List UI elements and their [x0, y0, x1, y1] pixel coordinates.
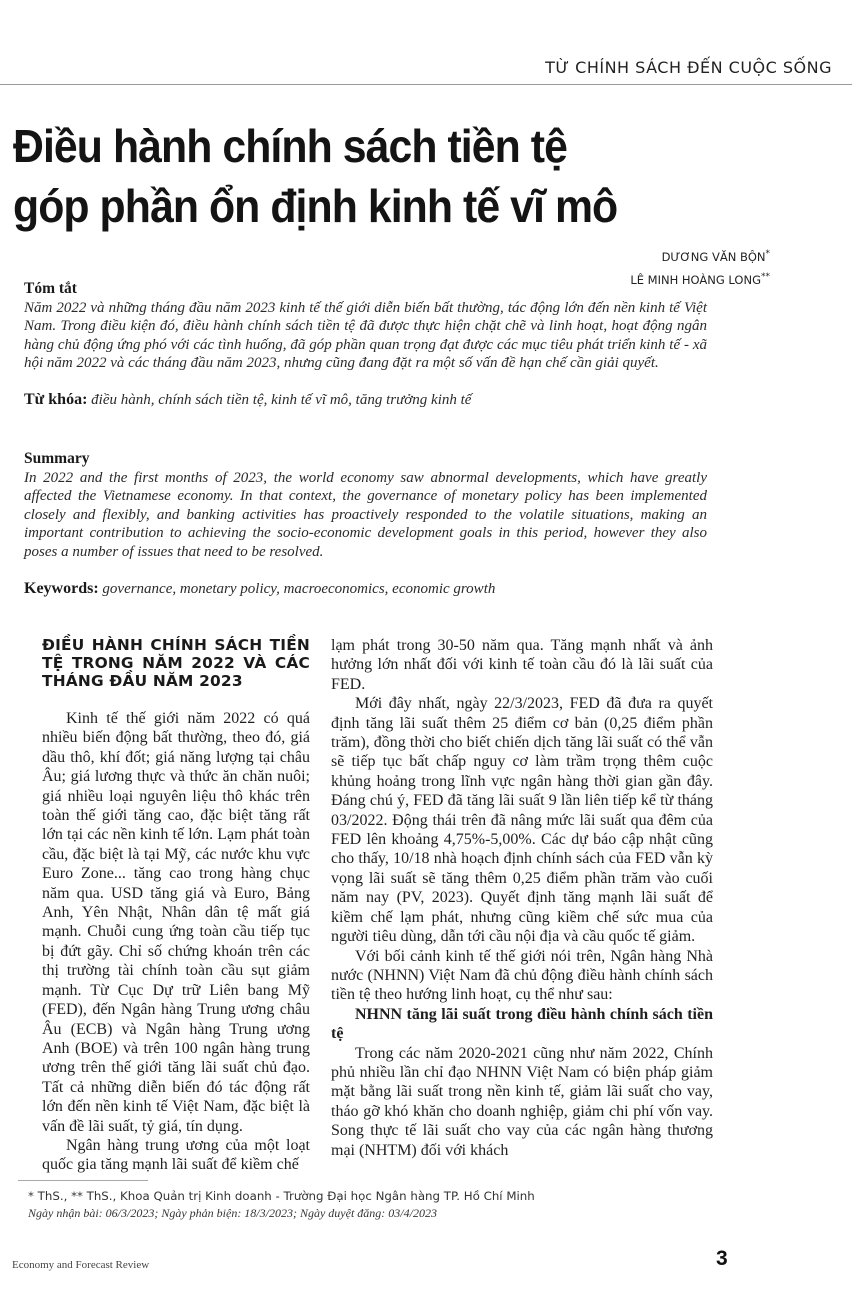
body-column-right: lạm phát trong 30-50 năm qua. Tăng mạnh …: [331, 636, 713, 1160]
keywords-label: Từ khóa:: [24, 391, 87, 408]
keywords-text-en: governance, monetary policy, macroeconom…: [102, 581, 495, 597]
page-number: 3: [716, 1247, 728, 1271]
abstract-body: Năm 2022 và những tháng đầu năm 2023 kin…: [24, 299, 707, 373]
paragraph-continuation: lạm phát trong 30-50 năm qua. Tăng mạnh …: [331, 636, 713, 694]
abstract-english: Summary In 2022 and the first months of …: [24, 450, 707, 598]
abstract-vietnamese: Tóm tắt Năm 2022 và những tháng đầu năm …: [24, 280, 707, 410]
submission-dates: Ngày nhận bài: 06/3/2023; Ngày phản biện…: [28, 1206, 437, 1221]
running-head-section: TỪ CHÍNH SÁCH ĐẾN CUỘC SỐNG: [545, 58, 832, 77]
keywords-text: điều hành, chính sách tiền tệ, kinh tế v…: [91, 392, 471, 408]
article-title: Điều hành chính sách tiền tệ góp phần ổn…: [13, 116, 720, 236]
footnote-divider: [18, 1180, 148, 1181]
keywords-en: Keywords: governance, monetary policy, m…: [24, 580, 707, 599]
title-line-1: Điều hành chính sách tiền tệ: [13, 120, 567, 172]
header-divider: [0, 84, 852, 85]
paragraph: Với bối cảnh kinh tế thế giới nói trên, …: [331, 947, 713, 1005]
section-heading: ĐIỀU HÀNH CHÍNH SÁCH TIỀN TỆ TRONG NĂM 2…: [42, 636, 310, 690]
abstract-heading: Tóm tắt: [24, 280, 707, 299]
subsection-heading: NHNN tăng lãi suất trong điều hành chính…: [331, 1005, 713, 1044]
body-column-left: ĐIỀU HÀNH CHÍNH SÁCH TIỀN TỆ TRONG NĂM 2…: [42, 636, 310, 1175]
paragraph: Ngân hàng trung ương của một loạt quốc g…: [42, 1136, 310, 1175]
journal-name: Economy and Forecast Review: [12, 1259, 149, 1271]
summary-heading: Summary: [24, 450, 707, 469]
keywords-label-en: Keywords:: [24, 580, 99, 597]
author-1: DƯƠNG VĂN BỘN*: [630, 244, 770, 267]
author-affiliation-footnote: * ThS., ** ThS., Khoa Quản trị Kinh doan…: [28, 1187, 535, 1206]
paragraph: Mới đây nhất, ngày 22/3/2023, FED đã đưa…: [331, 694, 713, 946]
title-line-2: góp phần ổn định kinh tế vĩ mô: [13, 180, 617, 232]
paragraph: Kinh tế thế giới năm 2022 có quá nhiều b…: [42, 709, 310, 1136]
summary-body: In 2022 and the first months of 2023, th…: [24, 469, 707, 562]
paragraph: Trong các năm 2020-2021 cũng như năm 202…: [331, 1044, 713, 1160]
keywords-vi: Từ khóa: điều hành, chính sách tiền tệ, …: [24, 391, 707, 410]
